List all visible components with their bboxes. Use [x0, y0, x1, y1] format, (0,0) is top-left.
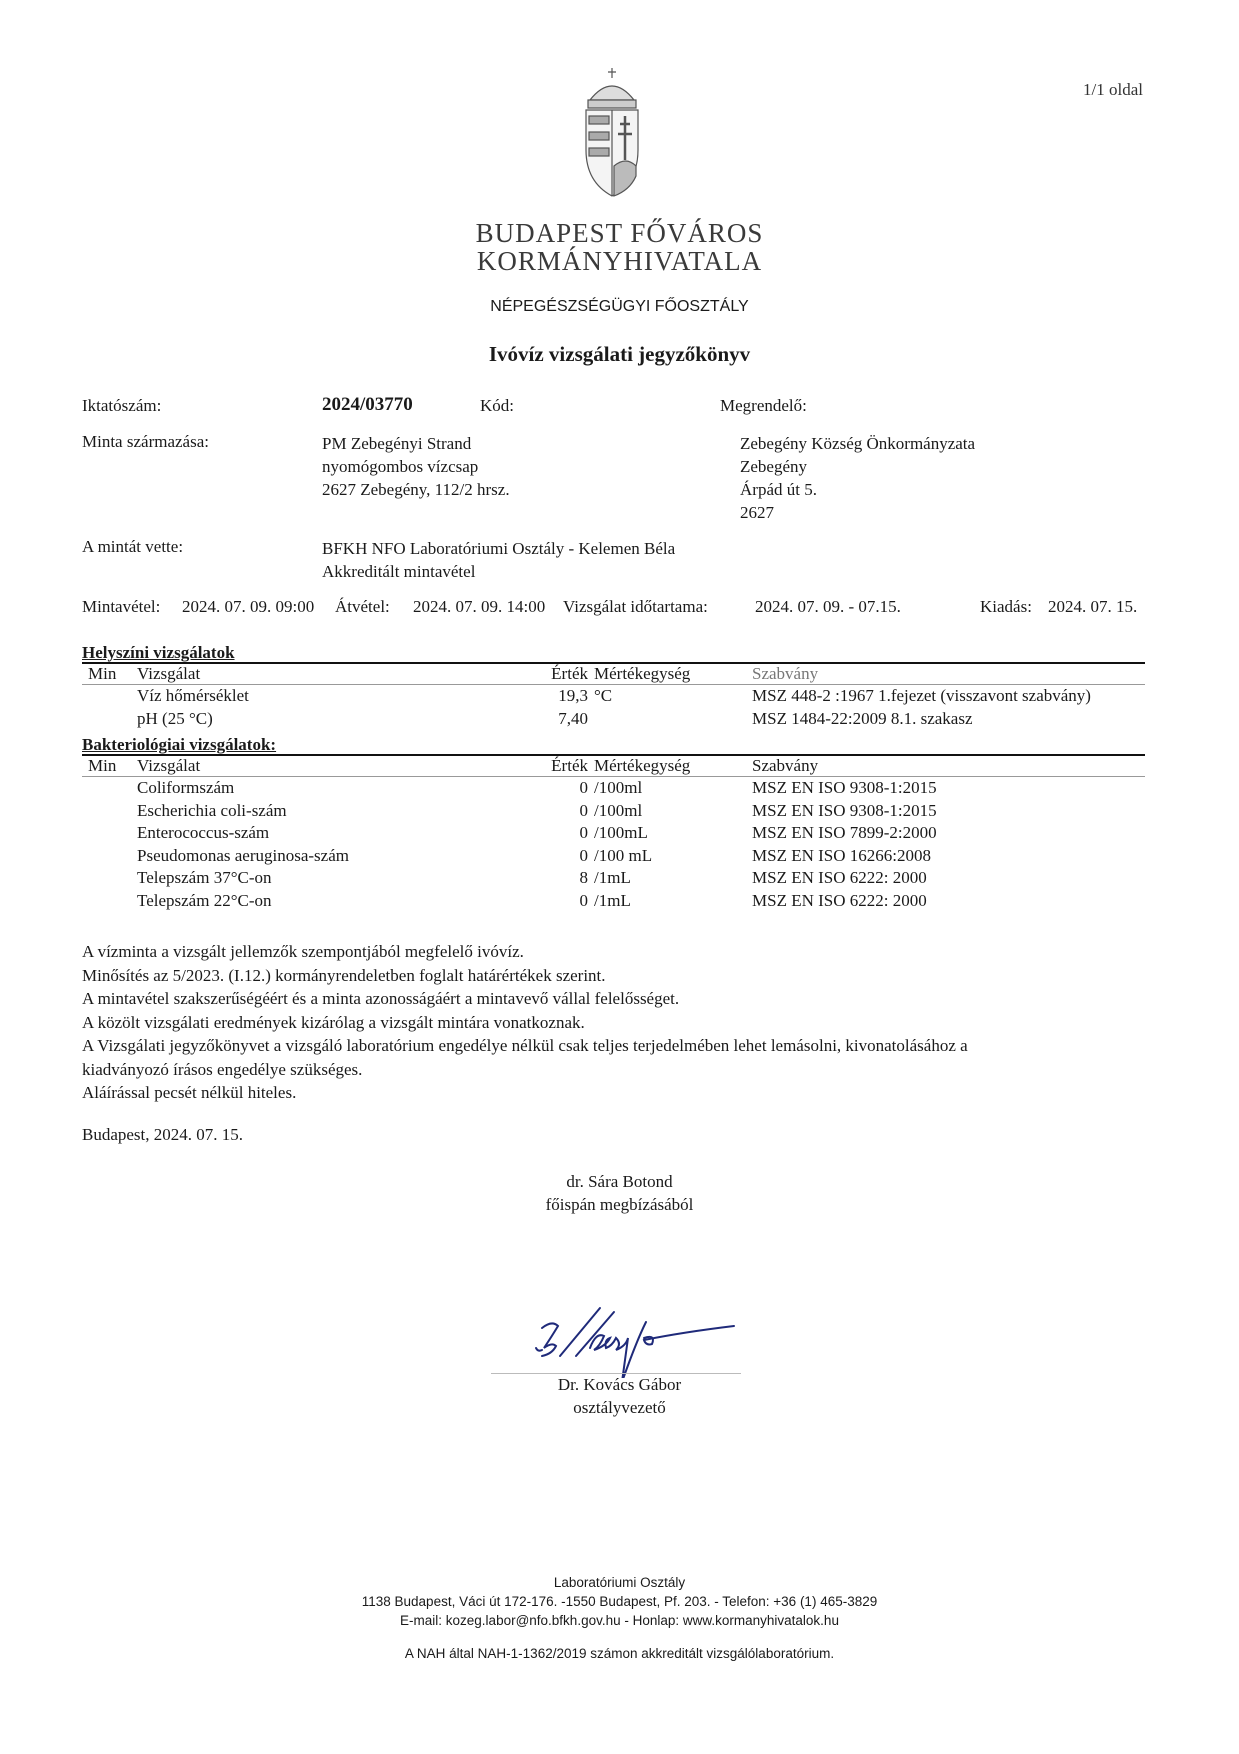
organization-name-line1: BUDAPEST FŐVÁROS	[0, 218, 1239, 249]
megrendelo-value: Zebegény Község Önkormányzata Zebegény Á…	[740, 432, 975, 524]
test-value: 7,40	[508, 709, 588, 729]
atvetel-value: 2024. 07. 09. 14:00	[413, 597, 545, 617]
test-standard: MSZ EN ISO 6222: 2000	[752, 868, 927, 888]
origin-line: 2627 Zebegény, 112/2 hrsz.	[322, 478, 510, 501]
idotartam-value: 2024. 07. 09. - 07.15.	[755, 597, 901, 617]
test-unit: /1mL	[594, 868, 631, 888]
signatory-block: Dr. Kovács Gábor osztályvezető	[0, 1373, 1239, 1419]
test-value: 0	[508, 891, 588, 911]
table-rule	[82, 684, 1145, 685]
test-unit: /100mL	[594, 823, 648, 843]
megrendelo-label: Megrendelő:	[720, 396, 807, 416]
note-line: A Vizsgálati jegyzőkönyvet a vizsgáló la…	[82, 1034, 1162, 1058]
kiadas-label: Kiadás:	[980, 597, 1032, 617]
test-standard: MSZ EN ISO 9308-1:2015	[752, 778, 937, 798]
test-unit: /100 mL	[594, 846, 652, 866]
customer-line: 2627	[740, 501, 975, 524]
note-line: kiadványozó írásos engedélye szükséges.	[82, 1058, 1162, 1082]
mintavetel-value: 2024. 07. 09. 09:00	[182, 597, 314, 617]
sampler-line: Akkreditált mintavétel	[322, 560, 675, 583]
onsite-section-title: Helyszíni vizsgálatok	[82, 643, 235, 663]
test-standard: MSZ EN ISO 9308-1:2015	[752, 801, 937, 821]
department-name: NÉPEGÉSZSÉGÜGYI FŐOSZTÁLY	[0, 298, 1239, 316]
col-header-value: Érték	[508, 756, 588, 776]
customer-line: Árpád út 5.	[740, 478, 975, 501]
col-header-unit: Mértékegység	[594, 664, 690, 684]
footer-line: E-mail: kozeg.labor@nfo.bfkh.gov.hu - Ho…	[0, 1611, 1239, 1630]
col-header-value: Érték	[508, 664, 588, 684]
bacteriological-section-title: Bakteriológiai vizsgálatok:	[82, 735, 276, 755]
footer-line: Laboratóriumi Osztály	[0, 1573, 1239, 1592]
authority-role: főispán megbízásából	[0, 1193, 1239, 1216]
test-value: 0	[508, 846, 588, 866]
iktatoszam-label: Iktatószám:	[82, 396, 161, 416]
col-header-test: Vizsgálat	[137, 664, 200, 684]
test-unit: /1mL	[594, 891, 631, 911]
test-value: 8	[508, 868, 588, 888]
kiadas-value: 2024. 07. 15.	[1048, 597, 1137, 617]
sampler-line: BFKH NFO Laboratóriumi Osztály - Kelemen…	[322, 537, 675, 560]
test-value: 0	[508, 778, 588, 798]
test-standard: MSZ EN ISO 7899-2:2000	[752, 823, 937, 843]
authority-block: dr. Sára Botond főispán megbízásából	[0, 1170, 1239, 1216]
kod-label: Kód:	[480, 396, 514, 416]
test-unit: °C	[594, 686, 612, 706]
origin-line: PM Zebegényi Strand	[322, 432, 510, 455]
col-header-standard: Szabvány	[752, 664, 818, 684]
mintat-vette-label: A mintát vette:	[82, 537, 183, 557]
test-unit: /100ml	[594, 778, 642, 798]
signatory-title: osztályvezető	[0, 1396, 1239, 1419]
col-header-min: Min	[88, 664, 116, 684]
notes-block: A vízminta a vizsgált jellemzők szempont…	[82, 940, 1162, 1105]
atvetel-label: Átvétel:	[335, 597, 390, 617]
iktatoszam-value: 2024/03770	[322, 394, 413, 416]
place-date: Budapest, 2024. 07. 15.	[82, 1125, 243, 1145]
authority-name: dr. Sára Botond	[0, 1170, 1239, 1193]
footer-line: 1138 Budapest, Váci út 172-176. -1550 Bu…	[0, 1592, 1239, 1611]
handwritten-signature-icon	[530, 1298, 740, 1378]
test-name: Telepszám 37°C-on	[137, 868, 272, 888]
hungarian-coat-of-arms-icon	[580, 66, 644, 200]
note-line: A mintavétel szakszerűségéért és a minta…	[82, 987, 1162, 1011]
table-rule	[82, 776, 1145, 777]
note-line: Minősítés az 5/2023. (I.12.) kormányrend…	[82, 964, 1162, 988]
origin-line: nyomógombos vízcsap	[322, 455, 510, 478]
test-standard: MSZ EN ISO 16266:2008	[752, 846, 931, 866]
test-standard: MSZ 1484-22:2009 8.1. szakasz	[752, 709, 973, 729]
test-name: Escherichia coli-szám	[137, 801, 287, 821]
test-name: pH (25 °C)	[137, 709, 213, 729]
col-header-unit: Mértékegység	[594, 756, 690, 776]
accreditation-note: A NAH által NAH-1-1362/2019 számon akkre…	[0, 1644, 1239, 1663]
test-name: Víz hőmérséklet	[137, 686, 249, 706]
test-value: 0	[508, 823, 588, 843]
mintavetel-label: Mintavétel:	[82, 597, 160, 617]
note-line: Aláírással pecsét nélkül hiteles.	[82, 1081, 1162, 1105]
test-standard: MSZ EN ISO 6222: 2000	[752, 891, 927, 911]
organization-name-line2: KORMÁNYHIVATALA	[0, 246, 1239, 277]
note-line: A közölt vizsgálati eredmények kizárólag…	[82, 1011, 1162, 1035]
document-title: Ivóvíz vizsgálati jegyzőkönyv	[0, 342, 1239, 367]
test-value: 19,3	[508, 686, 588, 706]
col-header-standard: Szabvány	[752, 756, 818, 776]
mintat-vette-value: BFKH NFO Laboratóriumi Osztály - Kelemen…	[322, 537, 675, 583]
col-header-test: Vizsgálat	[137, 756, 200, 776]
col-header-min: Min	[88, 756, 116, 776]
test-name: Enterococcus-szám	[137, 823, 269, 843]
footer: Laboratóriumi Osztály 1138 Budapest, Vác…	[0, 1573, 1239, 1663]
note-line: A vízminta a vizsgált jellemzők szempont…	[82, 940, 1162, 964]
customer-line: Zebegény	[740, 455, 975, 478]
minta-szarmazasa-value: PM Zebegényi Strand nyomógombos vízcsap …	[322, 432, 510, 501]
customer-line: Zebegény Község Önkormányzata	[740, 432, 975, 455]
page-number: 1/1 oldal	[1083, 80, 1143, 100]
signatory-name: Dr. Kovács Gábor	[0, 1373, 1239, 1396]
test-value: 0	[508, 801, 588, 821]
test-name: Pseudomonas aeruginosa-szám	[137, 846, 349, 866]
test-name: Telepszám 22°C-on	[137, 891, 272, 911]
minta-szarmazasa-label: Minta származása:	[82, 432, 209, 452]
test-unit: /100ml	[594, 801, 642, 821]
test-name: Coliformszám	[137, 778, 234, 798]
idotartam-label: Vizsgálat időtartama:	[563, 597, 708, 617]
test-standard: MSZ 448-2 :1967 1.fejezet (visszavont sz…	[752, 686, 1091, 706]
